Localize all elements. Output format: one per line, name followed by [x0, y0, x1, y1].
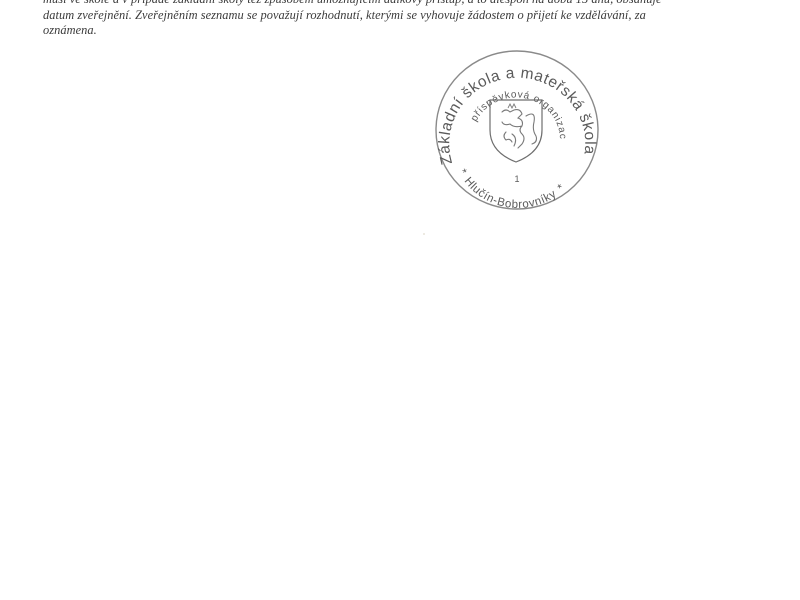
stamp-bottom-text: * Hlučín-Bobrovníky * — [456, 167, 568, 211]
stamp-outer-text: Základní škola a mateřská škola — [436, 65, 598, 167]
paragraph-line: datum zveřejnění. Zveřejněním seznamu se… — [43, 8, 783, 24]
document-paragraph: musí ve škole a v případě základní školy… — [43, 0, 783, 39]
stamp-number: 1 — [514, 174, 519, 184]
scan-speck — [423, 233, 425, 235]
official-stamp: Základní škola a mateřská škola příspěvk… — [432, 48, 602, 213]
coat-of-arms-icon — [490, 100, 542, 162]
document-page: musí ve škole a v případě základní školy… — [0, 0, 800, 600]
paragraph-line: oznámena. — [43, 23, 783, 39]
paragraph-line: musí ve škole a v případě základní školy… — [43, 0, 783, 8]
